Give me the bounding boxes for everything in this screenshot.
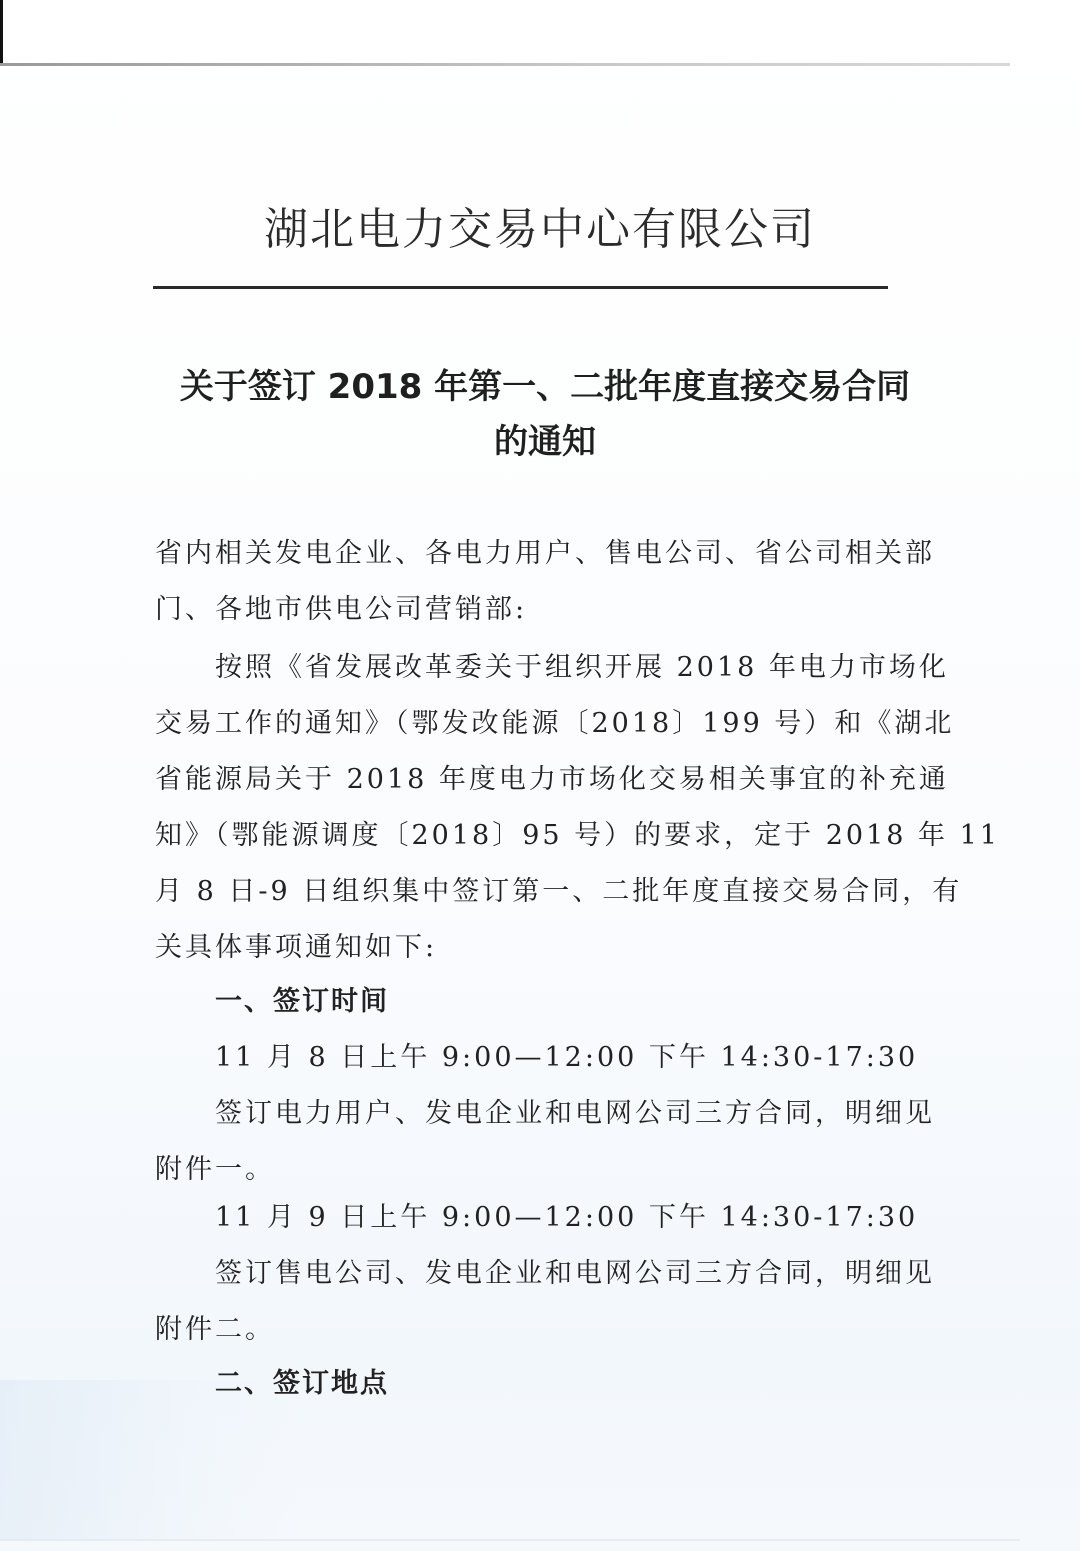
document-title-line-1: 关于签订 2018 年第一、二批年度直接交易合同 bbox=[150, 360, 940, 415]
section-1-day2-desc-line-1: 签订售电公司、发电企业和电网公司三方合同，明细见 bbox=[215, 1254, 935, 1294]
intro-line-1: 按照《省发展改革委关于组织开展 2018 年电力市场化 bbox=[215, 648, 949, 688]
addressee-line-2: 门、各地市供电公司营销部: bbox=[155, 590, 527, 630]
document-title-line-2: 的通知 bbox=[150, 415, 940, 470]
section-1-day1-time: 11 月 8 日上午 9:00—12:00 下午 14:30-17:30 bbox=[215, 1038, 918, 1078]
intro-line-2: 交易工作的通知》（鄂发改能源〔2018〕199 号）和《湖北 bbox=[155, 704, 954, 744]
intro-line-3: 省能源局关于 2018 年度电力市场化交易相关事宜的补充通 bbox=[155, 760, 949, 800]
letterhead-org-name: 湖北电力交易中心有限公司 bbox=[0, 200, 1080, 260]
scan-top-margin bbox=[0, 0, 1080, 64]
section-1-day2-time: 11 月 9 日上午 9:00—12:00 下午 14:30-17:30 bbox=[215, 1198, 918, 1238]
section-1-heading: 一、签订时间 bbox=[215, 982, 389, 1022]
scan-shadow bbox=[0, 1380, 300, 1540]
intro-line-6: 关具体事项通知如下: bbox=[155, 928, 437, 968]
intro-line-5: 月 8 日-9 日组织集中签订第一、二批年度直接交易合同，有 bbox=[155, 872, 962, 912]
intro-line-4: 知》（鄂能源调度〔2018〕95 号）的要求，定于 2018 年 11 bbox=[155, 816, 1000, 856]
letterhead-divider bbox=[153, 286, 888, 289]
scan-paper-bottom-edge bbox=[0, 1539, 1020, 1541]
section-2-heading: 二、签订地点 bbox=[215, 1364, 389, 1404]
section-1-day1-desc-line-1: 签订电力用户、发电企业和电网公司三方合同，明细见 bbox=[215, 1094, 935, 1134]
scan-paper-edge bbox=[0, 63, 1010, 66]
scanned-document-page: 湖北电力交易中心有限公司 关于签订 2018 年第一、二批年度直接交易合同 的通… bbox=[0, 0, 1080, 1551]
document-title: 关于签订 2018 年第一、二批年度直接交易合同 的通知 bbox=[150, 360, 940, 470]
addressee-line-1: 省内相关发电企业、各电力用户、售电公司、省公司相关部 bbox=[155, 534, 935, 574]
scan-edge-mark bbox=[0, 0, 3, 64]
section-1-day1-desc-line-2: 附件一。 bbox=[155, 1150, 275, 1190]
section-1-day2-desc-line-2: 附件二。 bbox=[155, 1310, 275, 1350]
